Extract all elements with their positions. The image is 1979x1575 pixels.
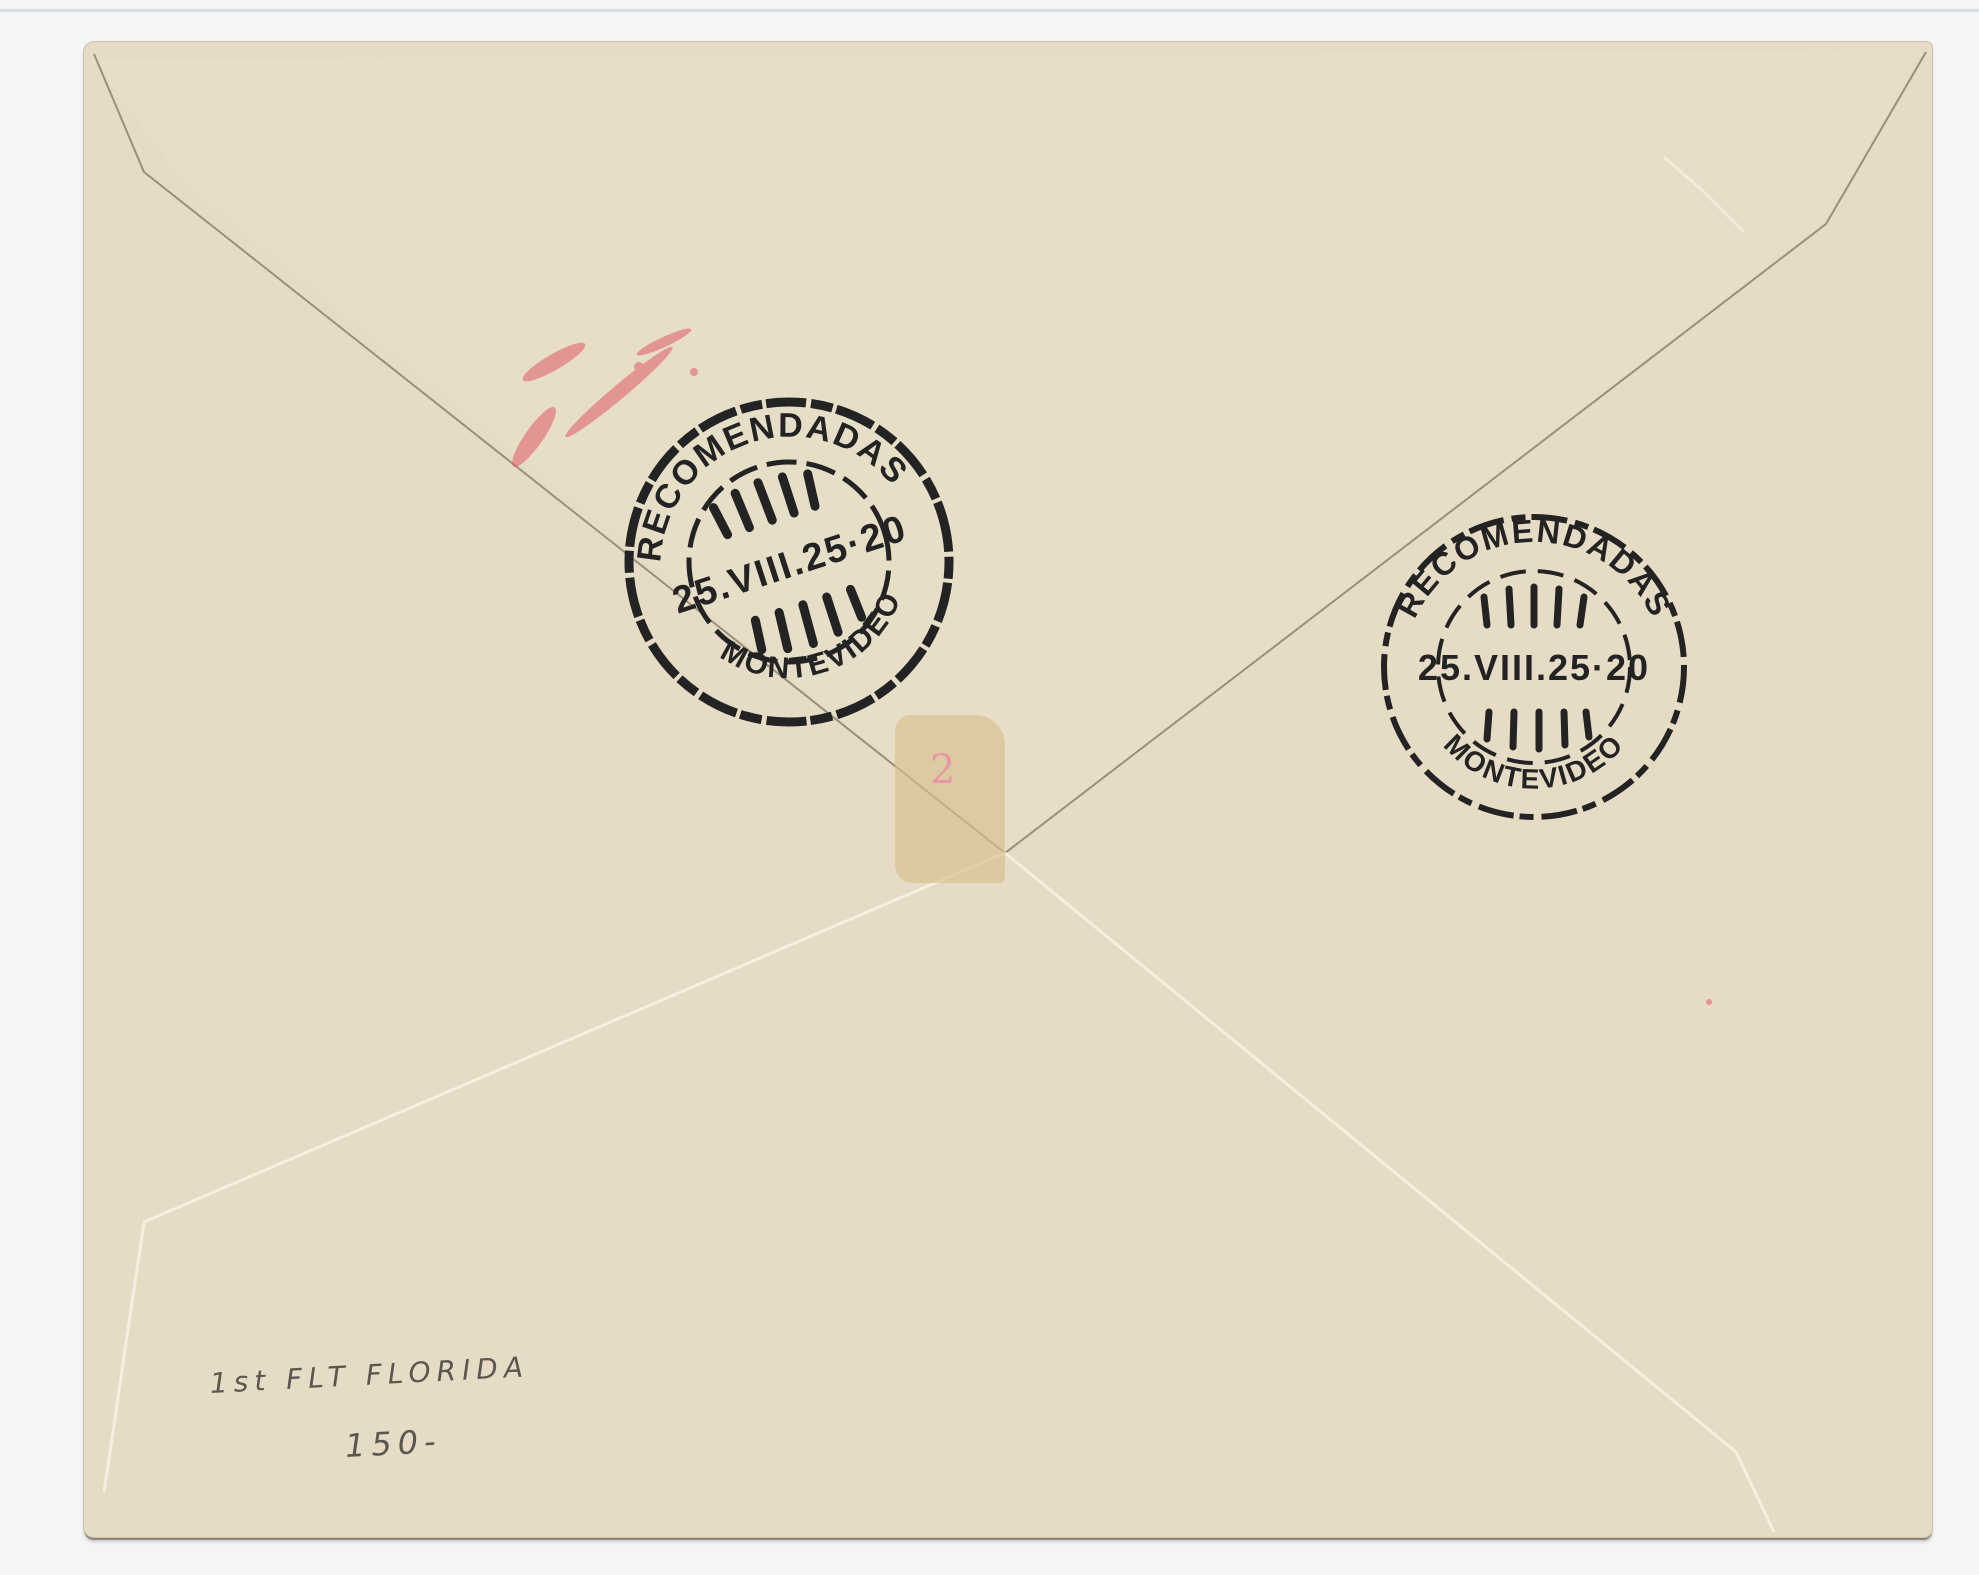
postmark-right-date: 25.VIII.25·20 bbox=[1418, 647, 1650, 688]
envelope-back: 2 RECOMENDADAS MONTEVIDEO 25.VIII.25·20 bbox=[84, 42, 1932, 1537]
postmark-right: RECOMENDADAS MONTEVIDEO 25.VIII.25·20 bbox=[1374, 507, 1694, 827]
tape-patch bbox=[895, 715, 1005, 883]
postmark-right-bottom-text: MONTEVIDEO bbox=[1438, 728, 1630, 795]
scanner-edge-line bbox=[0, 9, 1979, 12]
svg-text:MONTEVIDEO: MONTEVIDEO bbox=[1438, 728, 1630, 795]
pencil-note-price: 150- bbox=[344, 1422, 442, 1465]
postmark-left: RECOMENDADAS MONTEVIDEO 25.VIII.25·20 bbox=[619, 392, 959, 732]
tape-red-mark: 2 bbox=[930, 747, 955, 793]
